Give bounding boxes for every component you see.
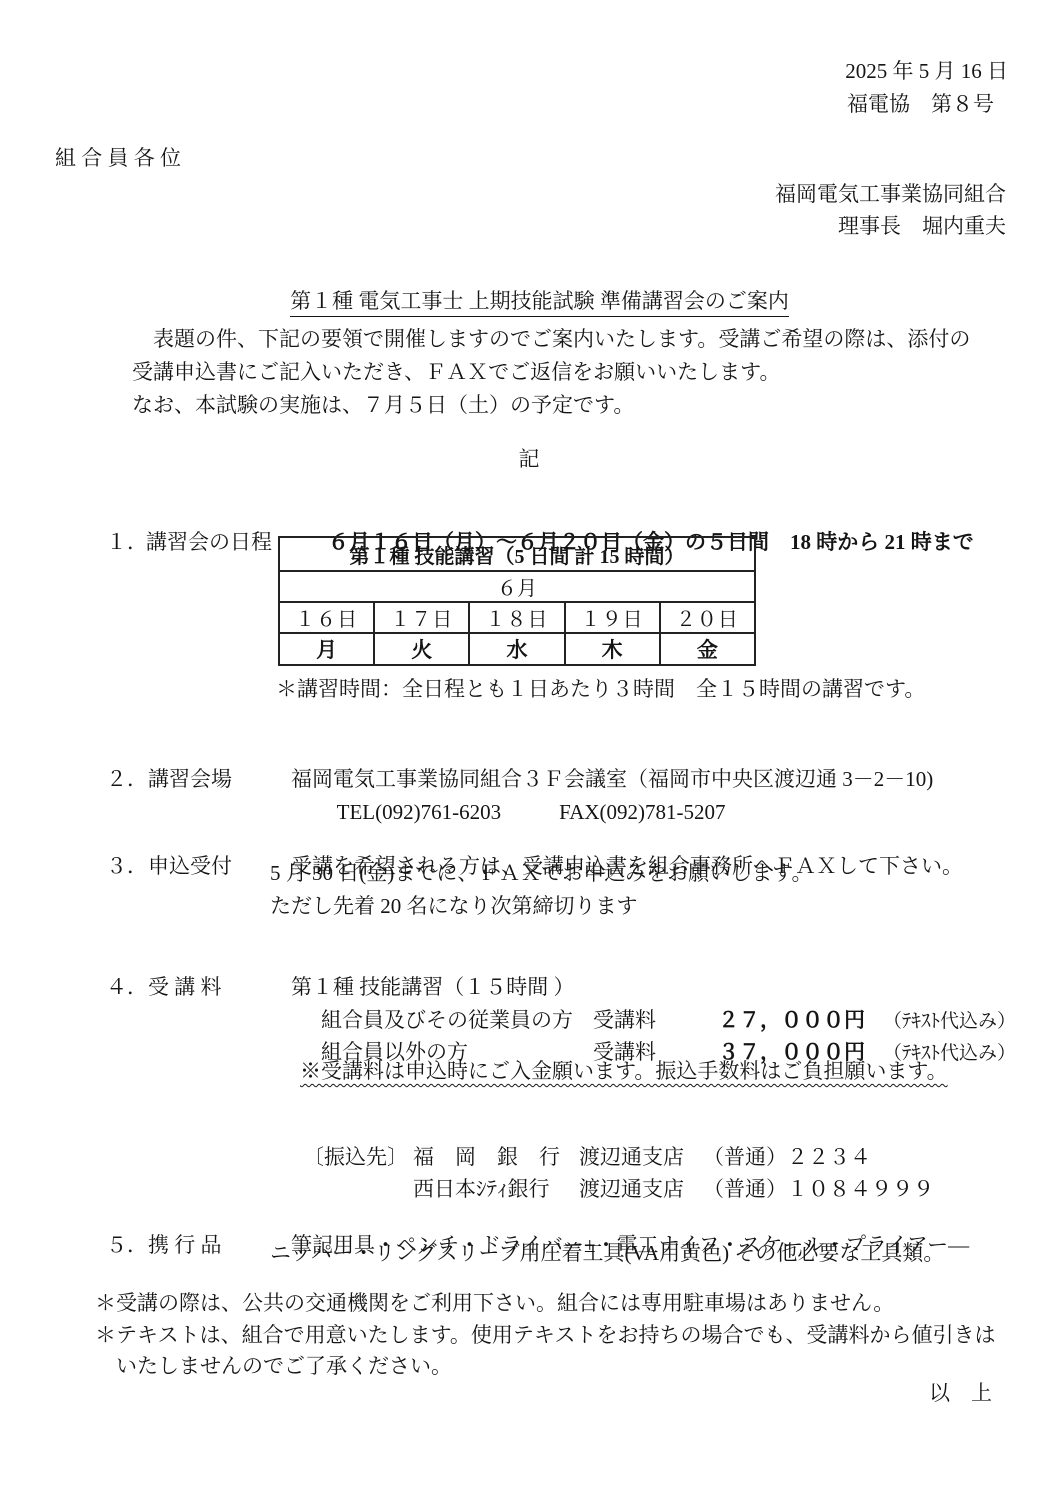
section-3-label: ３．申込受付 (106, 853, 291, 879)
schedule-table: 第１種 技能講習（5 日間 計 15 時間） ６月 １６日 １７日 １８日 １９… (278, 536, 756, 666)
table-date-cell: ２０日 (660, 602, 755, 633)
table-row-days: 月 火 水 木 金 (279, 633, 755, 665)
venue-fax: FAX(092)781-5207 (559, 800, 725, 824)
bank-branch: 渡辺通支店 (579, 1176, 703, 1202)
section-2-label: ２．講習会場 (106, 766, 291, 792)
section-4-label: ４．受 講 料 (106, 974, 291, 1000)
table-date-cell: １７日 (374, 602, 469, 633)
table-date-cell: １８日 (469, 602, 564, 633)
table-date-cell: １６日 (279, 602, 374, 633)
table-day-cell: 水 (469, 633, 564, 665)
table-day-cell: 木 (565, 633, 660, 665)
addressee: 組 合 員 各 位 (55, 145, 181, 171)
intro-line-3: なお、本試験の実施は、７月５日（土）の予定です。 (132, 392, 634, 418)
application-line-3: ただし先着 20 名になり次第締切ります (270, 893, 638, 919)
document-page: 2025 年 5 月 16 日 福電協 第８号 組 合 員 各 位 福岡電気工事… (0, 0, 1058, 1497)
issue-date: 2025 年 5 月 16 日 (845, 58, 1008, 84)
table-row-month: ６月 (279, 571, 755, 602)
payment-notice: ※受講料は申込時にご入金願います。振込手数料はご負担願います。 (300, 1058, 948, 1084)
application-line-2: 5 月 30 日(金)までに、ＦＡＸでお申込みをお願いします。 (270, 860, 813, 886)
footnote: ＊テキストは、組合で用意いたします。使用テキストをお持ちの場合でも、受講料から値… (95, 1322, 995, 1348)
table-day-cell: 火 (374, 633, 469, 665)
section-5-label: ５．携 行 品 (106, 1232, 291, 1258)
org-name: 福岡電気工事業協同組合 (775, 181, 1006, 207)
bank-name: 西日本ｼﾃｨ銀行 (413, 1176, 579, 1202)
table-month-cell: ６月 (279, 571, 755, 602)
belongings-line-2: ニッパー・リングスリーブ用圧着工具(VA用黄色) その他必要な工具類。 (270, 1240, 944, 1266)
footnote: ＊受講の際は、公共の交通機関をご利用下さい。組合には専用駐車場はありません。 (95, 1290, 894, 1316)
doc-title-text: 第１種 電気工事士 上期技能試験 準備講習会のご案内 (290, 289, 789, 317)
doc-number: 福電協 第８号 (847, 91, 994, 117)
table-day-cell: 月 (279, 633, 374, 665)
schedule-note: ＊講習時間：全日程とも１日あたり３時間 全１５時間の講習です。 (276, 676, 925, 702)
venue-tel: TEL(092)761-6203 (337, 800, 501, 824)
table-course-header: 第１種 技能講習（5 日間 計 15 時間） (279, 537, 755, 571)
table-day-cell: 金 (660, 633, 755, 665)
table-row-header: 第１種 技能講習（5 日間 計 15 時間） (279, 537, 755, 571)
footnote: いたしませんのでご了承ください。 (116, 1353, 452, 1379)
section-1-number: １． (106, 529, 146, 555)
signer-name: 理事長 堀内重夫 (838, 213, 1006, 239)
table-row-dates: １６日 １７日 １８日 １９日 ２０日 (279, 602, 755, 633)
intro-line-1: 表題の件、下記の要領で開催しますのでご案内いたします。受講ご希望の際は、添付の (132, 326, 970, 352)
intro-line-2: 受講申込書にご記入いただき、ＦＡＸでご返信をお願いいたします。 (132, 359, 780, 385)
bank-account: （普通）１０８４９９９ (703, 1177, 934, 1201)
record-marker: 記 (0, 446, 1058, 472)
closing-mark: 以 上 (929, 1380, 992, 1406)
table-date-cell: １９日 (565, 602, 660, 633)
